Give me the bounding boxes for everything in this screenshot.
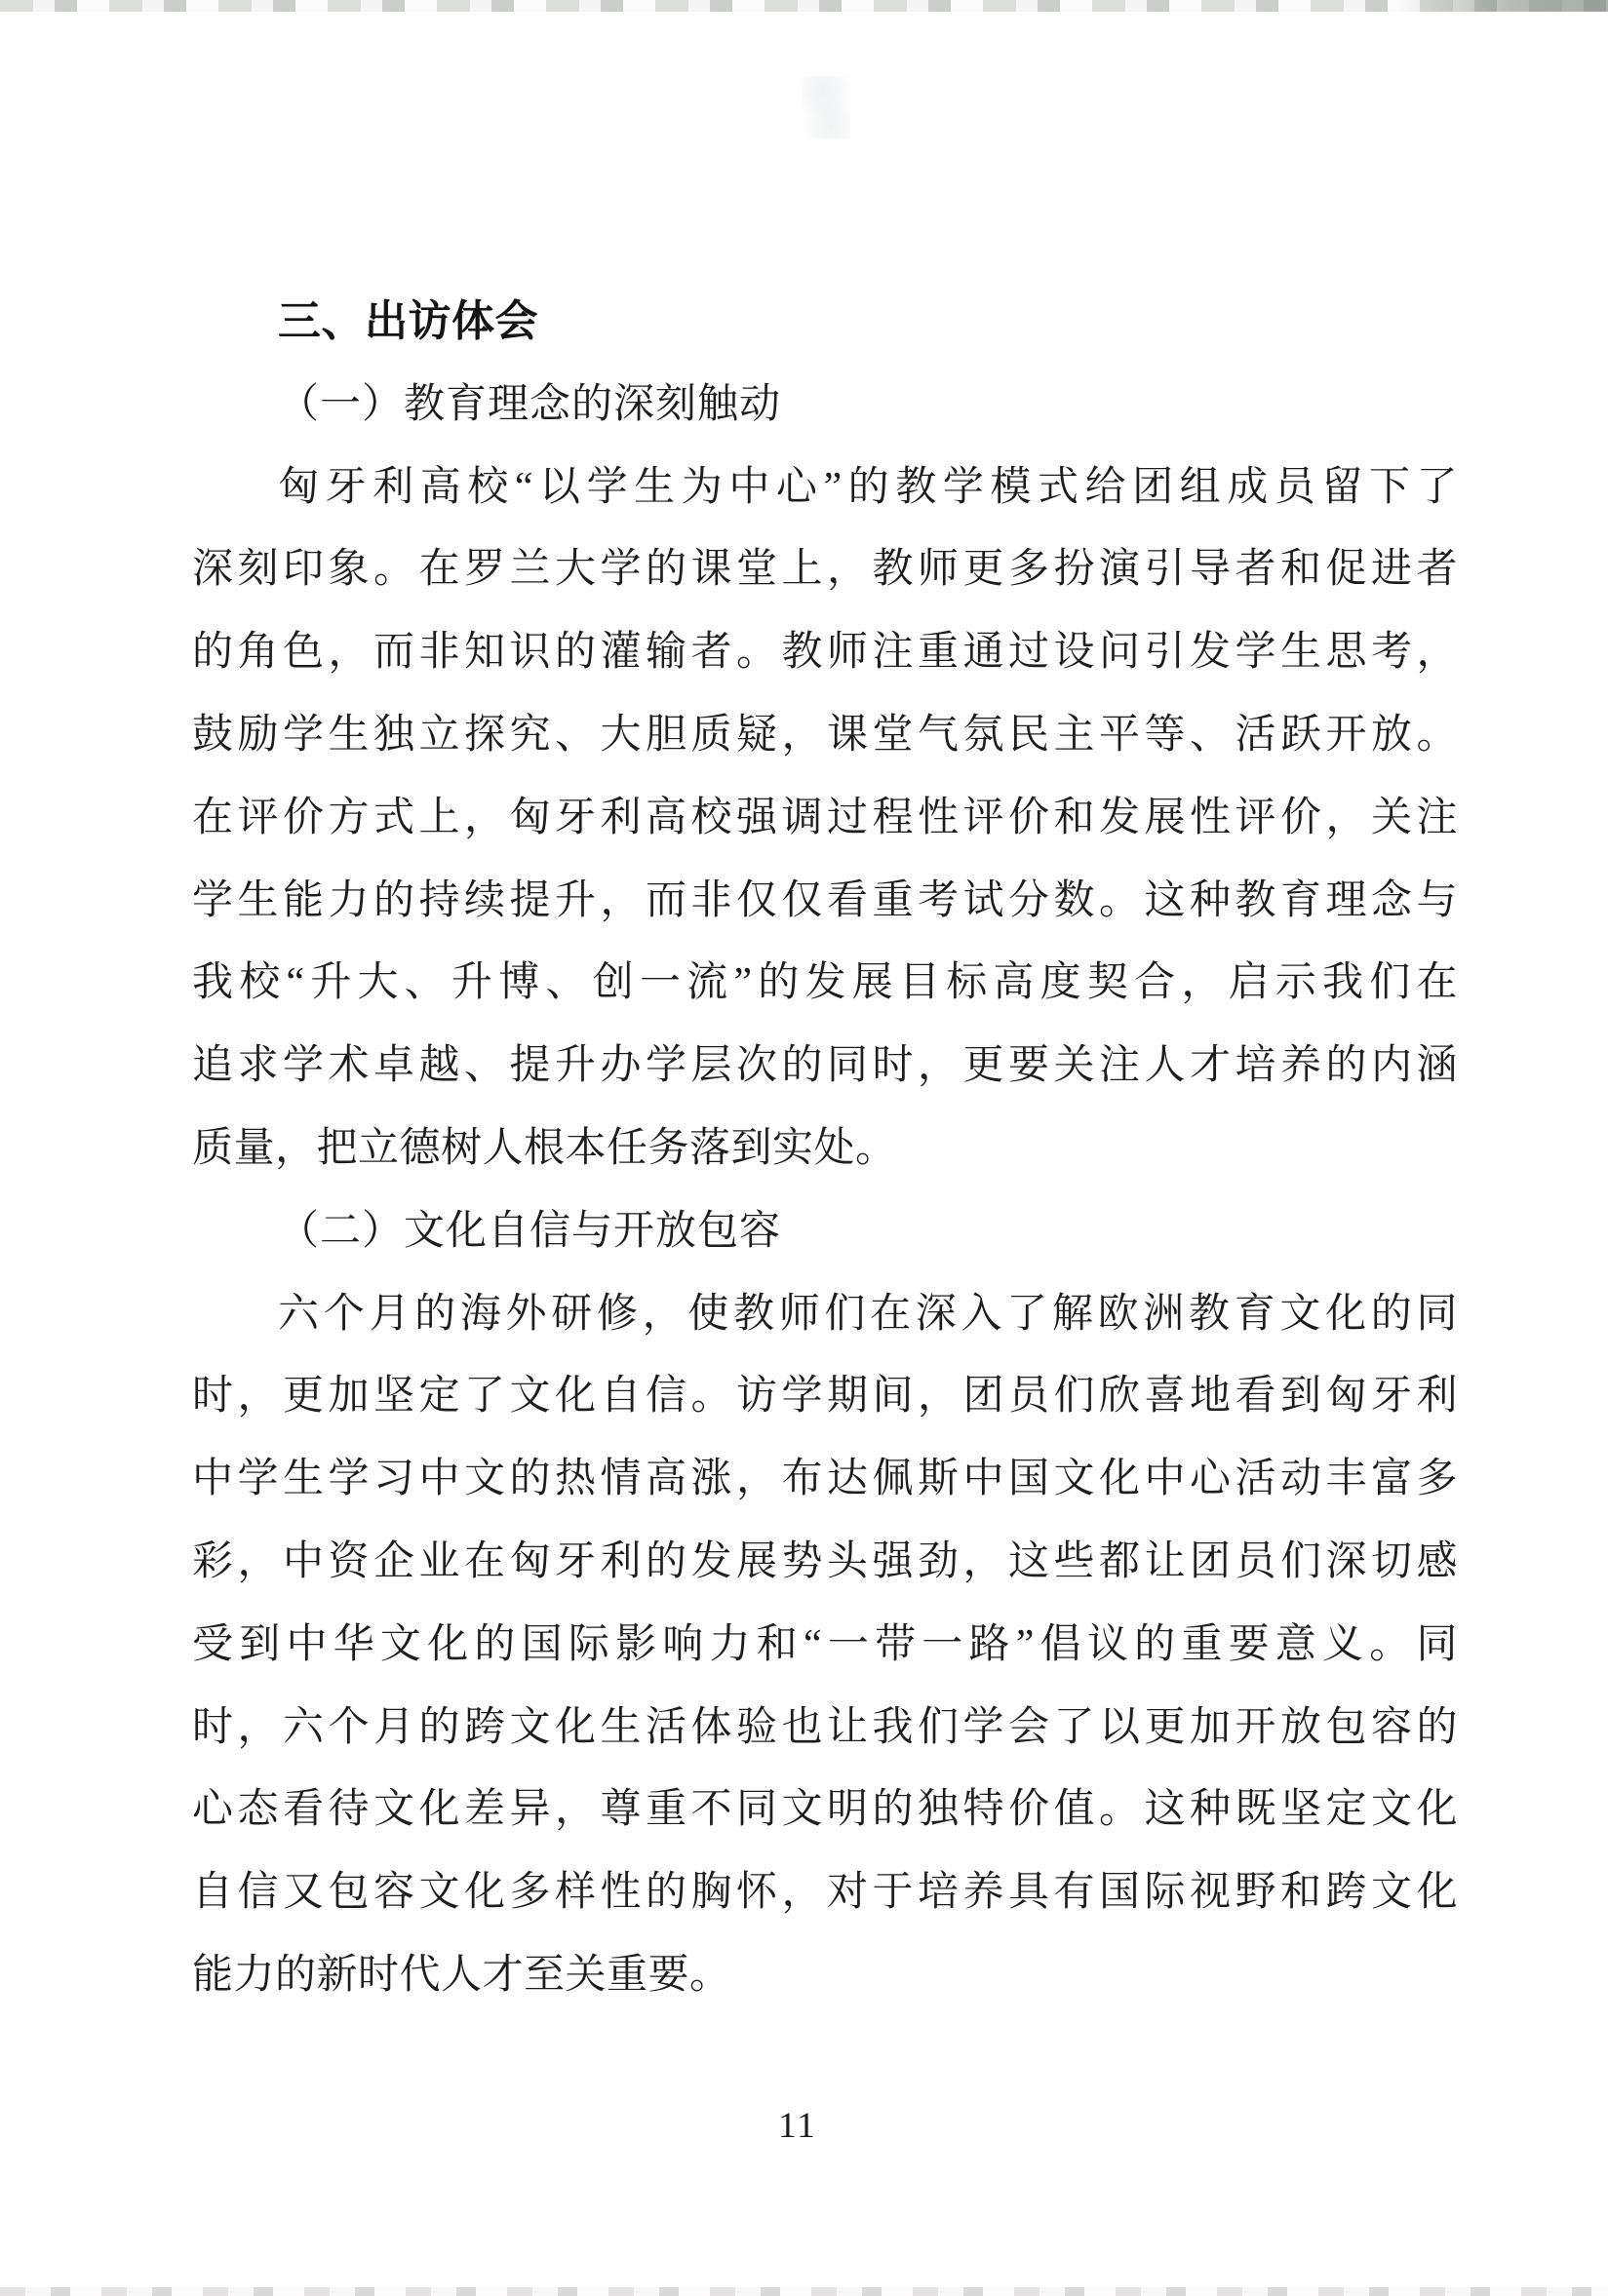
document-page: 三、出访体会 （一）教育理念的深刻触动匈牙利高校“以学生为中心”的教学模式给团组… <box>0 0 1608 2296</box>
text-line: 时，六个月的跨文化生活体验也让我们学会了以更加开放包容的 <box>192 1687 1458 1770</box>
section-heading: 三、出访体会 <box>192 281 1458 364</box>
text-line: 自信又包容文化多样性的胸怀，对于培养具有国际视野和跨文化 <box>192 1851 1458 1934</box>
text-line: 时，更加坚定了文化自信。访学期间，团员们欣喜地看到匈牙利 <box>192 1355 1458 1438</box>
subsection-heading: （一）教育理念的深刻触动 <box>192 364 1458 447</box>
text-line: 深刻印象。在罗兰大学的课堂上，教师更多扮演引导者和促进者 <box>192 528 1458 611</box>
text-line: 受到中华文化的国际影响力和“一带一路”倡议的重要意义。同 <box>192 1604 1458 1687</box>
text-line: 在评价方式上，匈牙利高校强调过程性评价和发展性评价，关注 <box>192 777 1458 860</box>
text-line: 的角色，而非知识的灌输者。教师注重通过设问引发学生思考， <box>192 611 1458 694</box>
text-line: 我校“升大、升博、创一流”的发展目标高度契合，启示我们在 <box>192 942 1458 1025</box>
text-line: 质量，把立德树人根本任务落到实处。 <box>192 1108 1458 1190</box>
text-line: 能力的新时代人才至关重要。 <box>192 1934 1458 2017</box>
text-line: 鼓励学生独立探究、大胆质疑，课堂气氛民主平等、活跃开放。 <box>192 694 1458 777</box>
subsection-heading: （二）文化自信与开放包容 <box>192 1190 1458 1273</box>
text-line: 彩，中资企业在匈牙利的发展势头强劲，这些都让团员们深切感 <box>192 1521 1458 1604</box>
text-line: 学生能力的持续提升，而非仅仅看重考试分数。这种教育理念与 <box>192 860 1458 943</box>
text-line: 心态看待文化差异，尊重不同文明的独特价值。这种既坚定文化 <box>192 1769 1458 1851</box>
text-line: 追求学术卓越、提升办学层次的同时，更要关注人才培养的内涵 <box>192 1025 1458 1108</box>
scan-artifact-bottom <box>0 2287 1608 2296</box>
text-line: 匈牙利高校“以学生为中心”的教学模式给团组成员留下了 <box>192 447 1458 529</box>
text-line: 中学生学习中文的热情高涨，布达佩斯中国文化中心活动丰富多 <box>192 1438 1458 1521</box>
subsections-container: （一）教育理念的深刻触动匈牙利高校“以学生为中心”的教学模式给团组成员留下了深刻… <box>192 364 1458 2017</box>
document-content: 三、出访体会 （一）教育理念的深刻触动匈牙利高校“以学生为中心”的教学模式给团组… <box>192 281 1458 2017</box>
scan-smudge <box>802 76 850 138</box>
text-line: 六个月的海外研修，使教师们在深入了解欧洲教育文化的同 <box>192 1273 1458 1356</box>
scan-artifact-top <box>0 0 1608 12</box>
page-number: 11 <box>767 2102 828 2151</box>
